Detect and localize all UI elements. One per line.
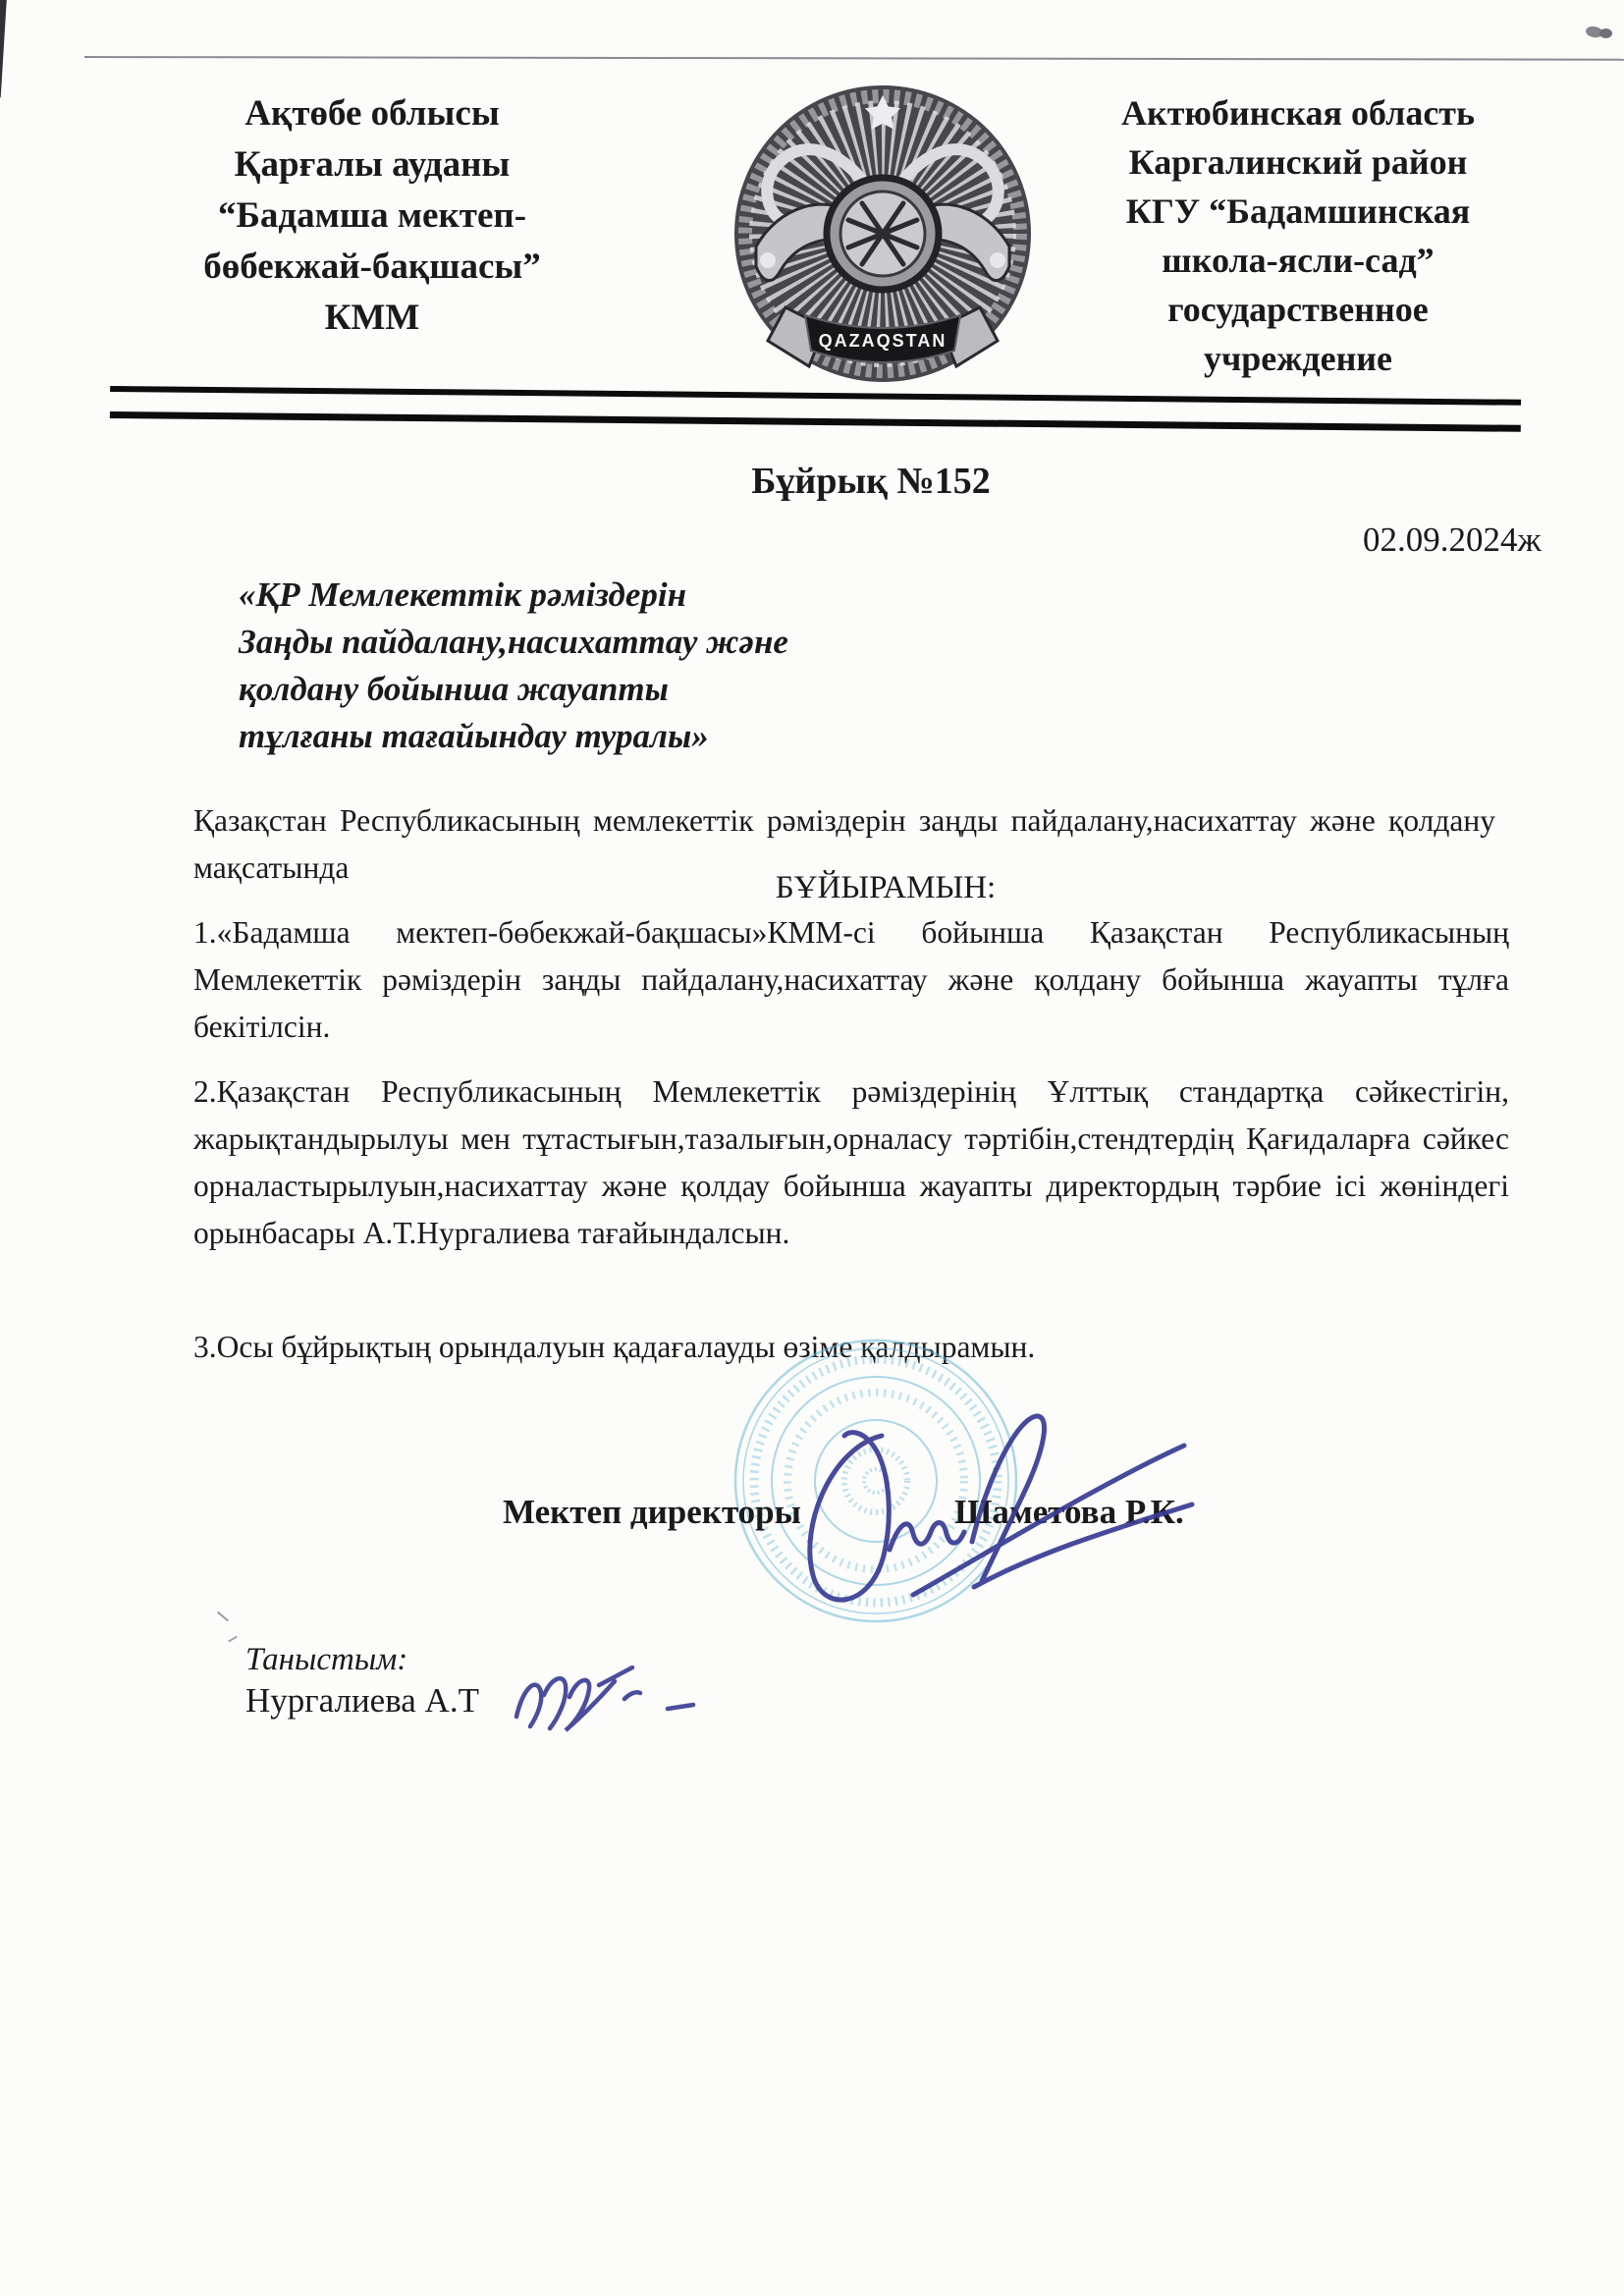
scanned-order-document: Ақтөбе облысы Қарғалы ауданы “Бадамша ме… <box>0 0 1624 2296</box>
order-item-2: 2.Қазақстан Республикасының Мемлекеттік … <box>193 1068 1509 1257</box>
scan-corner-mark <box>1599 28 1612 38</box>
subject-line: қолдану бойынша жауапты <box>239 666 788 713</box>
letterhead-divider <box>110 386 1521 432</box>
letterhead-left-line: бөбекжай-бақшасы” <box>145 242 599 293</box>
subject-line: «ҚР Мемлекеттік рәміздерін <box>239 572 788 619</box>
scan-top-hairline <box>84 56 1624 61</box>
letterhead-right-line: КГУ “Бадамшинская <box>1056 187 1540 236</box>
order-date: 02.09.2024ж <box>1363 520 1542 560</box>
order-title: Бұйрық №152 <box>118 460 1624 503</box>
letterhead-left-line: “Бадамша мектеп- <box>145 191 599 242</box>
scan-left-edge-artifact <box>0 0 7 98</box>
letterhead-right: Актюбинская область Каргалинский район К… <box>1056 88 1540 383</box>
emblem-banner-text: QAZAQSTAN <box>819 331 947 351</box>
letterhead-right-line: учреждение <box>1056 334 1540 383</box>
pencil-mark <box>217 1612 229 1622</box>
letterhead-right-line: Каргалинский район <box>1056 137 1540 187</box>
letterhead-left: Ақтөбе облысы Қарғалы ауданы “Бадамша ме… <box>145 88 599 344</box>
letterhead-right-line: школа-ясли-сад” <box>1056 236 1540 285</box>
acknowledgement-signature <box>503 1656 709 1754</box>
pencil-mark <box>228 1636 238 1643</box>
letterhead-left-line: Ақтөбе облысы <box>145 88 599 139</box>
letterhead-right-line: государственное <box>1056 285 1540 334</box>
letterhead-left-line: КММ <box>145 293 599 344</box>
acknowledgement-name: Нургалиева А.Т <box>245 1681 479 1721</box>
subject-line: тұлғаны тағайындау туралы» <box>239 713 788 760</box>
resolution-heading: БҰЙЫРАМЫН: <box>147 868 1624 907</box>
letterhead-left-line: Қарғалы ауданы <box>145 139 599 191</box>
subject-line: Заңды пайдалану,насихаттау және <box>239 619 788 666</box>
order-item-1: 1.«Бадамша мектеп-бөбекжай-бақшасы»КММ-с… <box>193 909 1509 1051</box>
kazakhstan-emblem: QAZAQSTAN <box>731 82 1035 386</box>
letterhead-right-line: Актюбинская область <box>1056 88 1540 137</box>
director-role-label: Мектеп директоры <box>503 1493 801 1532</box>
order-subject: «ҚР Мемлекеттік рәміздерін Заңды пайдала… <box>239 572 788 760</box>
director-signature <box>764 1402 1202 1638</box>
acknowledgement-label: Таныстым: <box>245 1642 407 1678</box>
